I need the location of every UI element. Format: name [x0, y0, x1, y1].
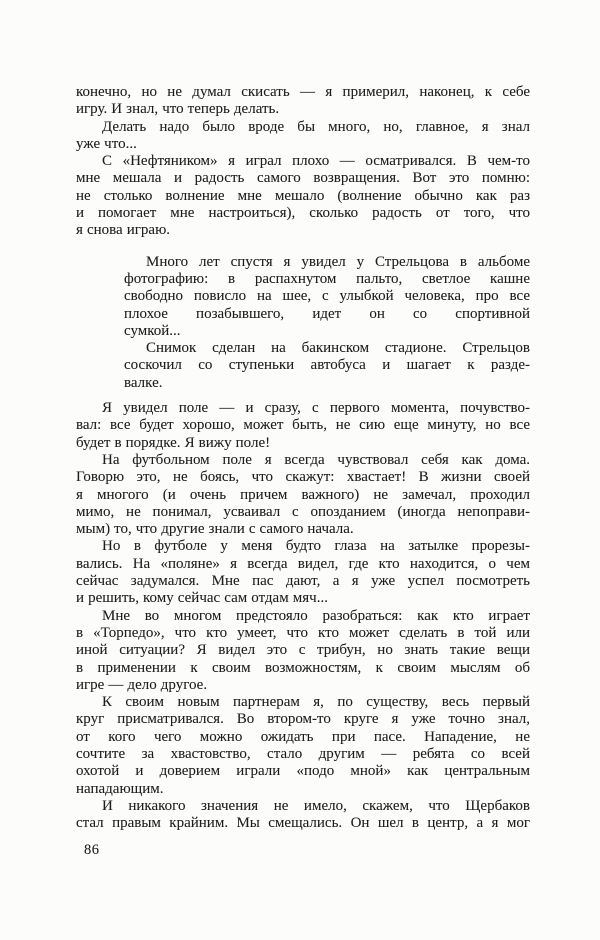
text-line: Но в футболе у меня будто глаза на затыл… — [76, 538, 530, 555]
book-page: конечно, но не думал скисать — я примери… — [0, 0, 600, 940]
text-line: Говорю это, не боясь, что скажут: хваста… — [76, 469, 530, 486]
text-line: стал правым крайним. Мы смещались. Он ше… — [76, 815, 530, 832]
section-main-bottom: Я увидел поле — и сразу, с первого момен… — [76, 400, 530, 832]
text-line: от кого чего можно ожидать при пасе. Нап… — [76, 729, 530, 746]
text-line: Мне во многом предстояло разобраться: ка… — [76, 608, 530, 625]
text-line: игру. И знал, что теперь делать. — [76, 101, 530, 118]
paragraph: Делать надо было вроде бы много, но, гла… — [76, 119, 530, 154]
text-line: С «Нефтяником» я играл плохо — осматрива… — [76, 153, 530, 170]
text-line: мым) то, что другие знали с самого начал… — [76, 521, 530, 538]
text-line: нападающим. — [76, 781, 530, 798]
text-line: валке. — [124, 375, 530, 392]
paragraph: Но в футболе у меня будто глаза на затыл… — [76, 538, 530, 607]
text-line: Делать надо было вроде бы много, но, гла… — [76, 119, 530, 136]
text-line: круг присматривался. Во втором-то круге … — [76, 711, 530, 728]
text-line: я многого (и очень причем важного) не за… — [76, 487, 530, 504]
text-line: плохое позабывшего, идет он со спортивно… — [124, 306, 530, 323]
text-line: будет в порядке. Я вижу поле! — [76, 435, 530, 452]
text-line: конечно, но не думал скисать — я примери… — [76, 84, 530, 101]
paragraph: К своим новым партнерам я, по существу, … — [76, 694, 530, 798]
paragraph: И никакого значения не имело, скажем, чт… — [76, 798, 530, 833]
text-line: сейчас задумался. Мне пас дают, а я уже … — [76, 573, 530, 590]
text-line: Я увидел поле — и сразу, с первого момен… — [76, 400, 530, 417]
text-line: я снова играю. — [76, 222, 530, 239]
page-number: 86 — [84, 842, 100, 859]
text-line: фотографию: в распахнутом пальто, светло… — [124, 271, 530, 288]
text-line: К своим новым партнерам я, по существу, … — [76, 694, 530, 711]
text-line: в применении к своим возможностям, к сво… — [76, 660, 530, 677]
text-line: сумкой... — [124, 323, 530, 340]
text-line: вал: все будет хорошо, может быть, не си… — [76, 417, 530, 434]
text-line: иной ситуации? Я видел это с трибун, но … — [76, 642, 530, 659]
text-line: игре — дело другое. — [76, 677, 530, 694]
text-line: На футбольном поле я всегда чувствовал с… — [76, 452, 530, 469]
paragraph: Мне во многом предстояло разобраться: ка… — [76, 608, 530, 694]
paragraph: С «Нефтяником» я играл плохо — осматрива… — [76, 153, 530, 239]
text-line: уже что... — [76, 136, 530, 153]
paragraph: конечно, но не думал скисать — я примери… — [76, 84, 530, 119]
text-line: охотой и доверием играли «подо мной» как… — [76, 763, 530, 780]
text-line: и помогает мне настроиться), сколько рад… — [76, 205, 530, 222]
text-line: И никакого значения не имело, скажем, чт… — [76, 798, 530, 815]
text-line: мимо, не понимал, усваивал с опозданием … — [76, 504, 530, 521]
paragraph: Я увидел поле — и сразу, с первого момен… — [76, 400, 530, 452]
text-line: мне мешала и радость самого возвращения.… — [76, 170, 530, 187]
paragraph: На футбольном поле я всегда чувствовал с… — [76, 452, 530, 538]
text-line: и решить, кому сейчас сам отдам мяч... — [76, 590, 530, 607]
text-line: Снимок сделан на бакинском стадионе. Стр… — [124, 340, 530, 357]
text-line: вались. На «поляне» я всегда видел, где … — [76, 556, 530, 573]
text-line: Много лет спустя я увидел у Стрельцова в… — [124, 254, 530, 271]
paragraph: Много лет спустя я увидел у Стрельцова в… — [124, 254, 530, 340]
text-line: соскочил со ступеньки автобуса и шагает … — [124, 357, 530, 374]
text-line: свободно повисло на шее, с улыбкой челов… — [124, 288, 530, 305]
text-line: сочтите за хвастовство, стало другим — р… — [76, 746, 530, 763]
text-line: в «Торпедо», что кто умеет, что кто може… — [76, 625, 530, 642]
paragraph: Снимок сделан на бакинском стадионе. Стр… — [124, 340, 530, 392]
text-line: не столько волнение мне мешало (волнение… — [76, 188, 530, 205]
section-main-top: конечно, но не думал скисать — я примери… — [76, 84, 530, 240]
text-body: конечно, но не думал скисать — я примери… — [76, 84, 530, 832]
section-photo-quote: Много лет спустя я увидел у Стрельцова в… — [124, 254, 530, 392]
